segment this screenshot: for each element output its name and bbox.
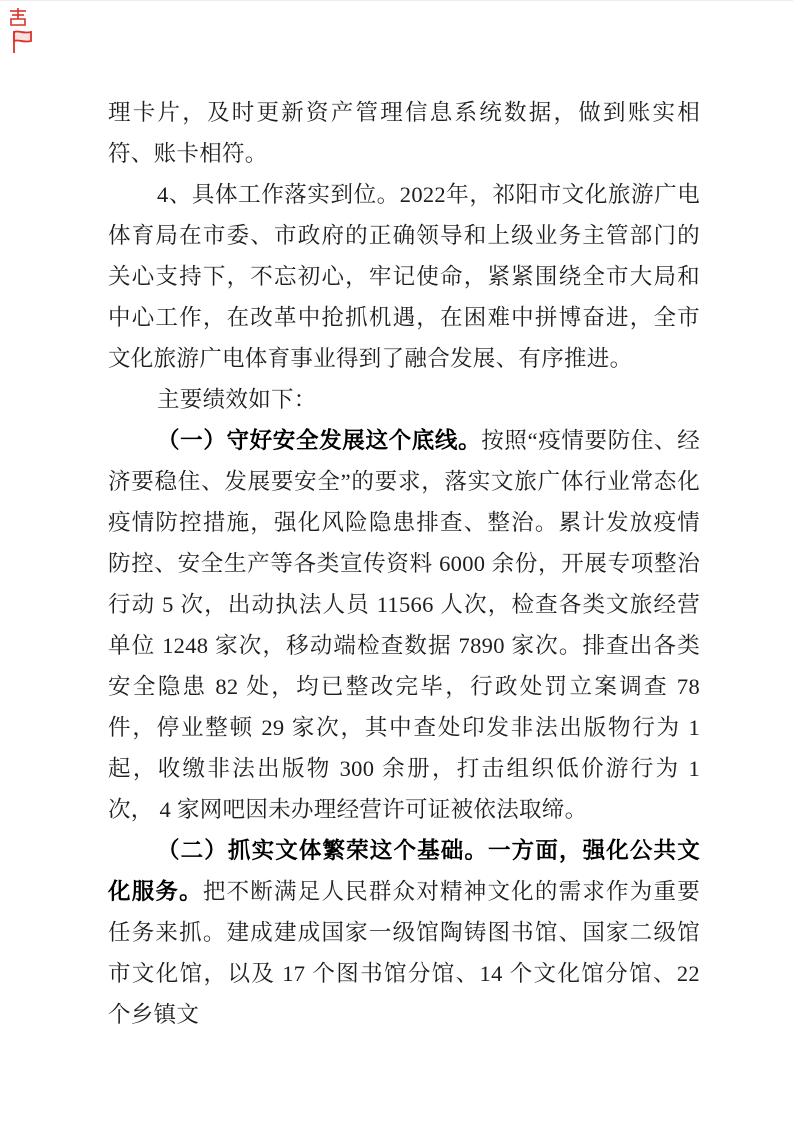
red-stamp-icon xyxy=(7,6,39,28)
paragraph-text: 按照“疫情要防住、经济要稳住、发展要安全”的要求，落实文旅广体行业常态化疫情防控… xyxy=(108,428,700,822)
red-flag-icon xyxy=(7,28,39,56)
paragraph-results-intro: 主要绩效如下： xyxy=(108,379,700,420)
section-1-heading: （一）守好安全发展这个底线。 xyxy=(157,428,481,453)
paragraph-text: 主要绩效如下： xyxy=(157,387,317,412)
paragraph-text: 4、具体工作落实到位。2022年，祁阳市文化旅游广电体育局在市委、市政府的正确领… xyxy=(108,182,700,371)
document-body: 理卡片，及时更新资产管理信息系统数据，做到账实相符、账卡相符。 4、具体工作落实… xyxy=(108,92,700,1035)
paragraph-text: 理卡片，及时更新资产管理信息系统数据，做到账实相符、账卡相符。 xyxy=(108,100,700,166)
document-page: 理卡片，及时更新资产管理信息系统数据，做到账实相符、账卡相符。 4、具体工作落实… xyxy=(0,0,793,1122)
paragraph-section-2: （二）抓实文体繁荣这个基础。一方面，强化公共文化服务。把不断满足人民群众对精神文… xyxy=(108,830,700,1035)
corner-watermark xyxy=(7,6,39,60)
paragraph-continuation: 理卡片，及时更新资产管理信息系统数据，做到账实相符、账卡相符。 xyxy=(108,92,700,174)
paragraph-section-1: （一）守好安全发展这个底线。按照“疫情要防住、经济要稳住、发展要安全”的要求，落… xyxy=(108,420,700,830)
paragraph-item-4: 4、具体工作落实到位。2022年，祁阳市文化旅游广电体育局在市委、市政府的正确领… xyxy=(108,174,700,379)
